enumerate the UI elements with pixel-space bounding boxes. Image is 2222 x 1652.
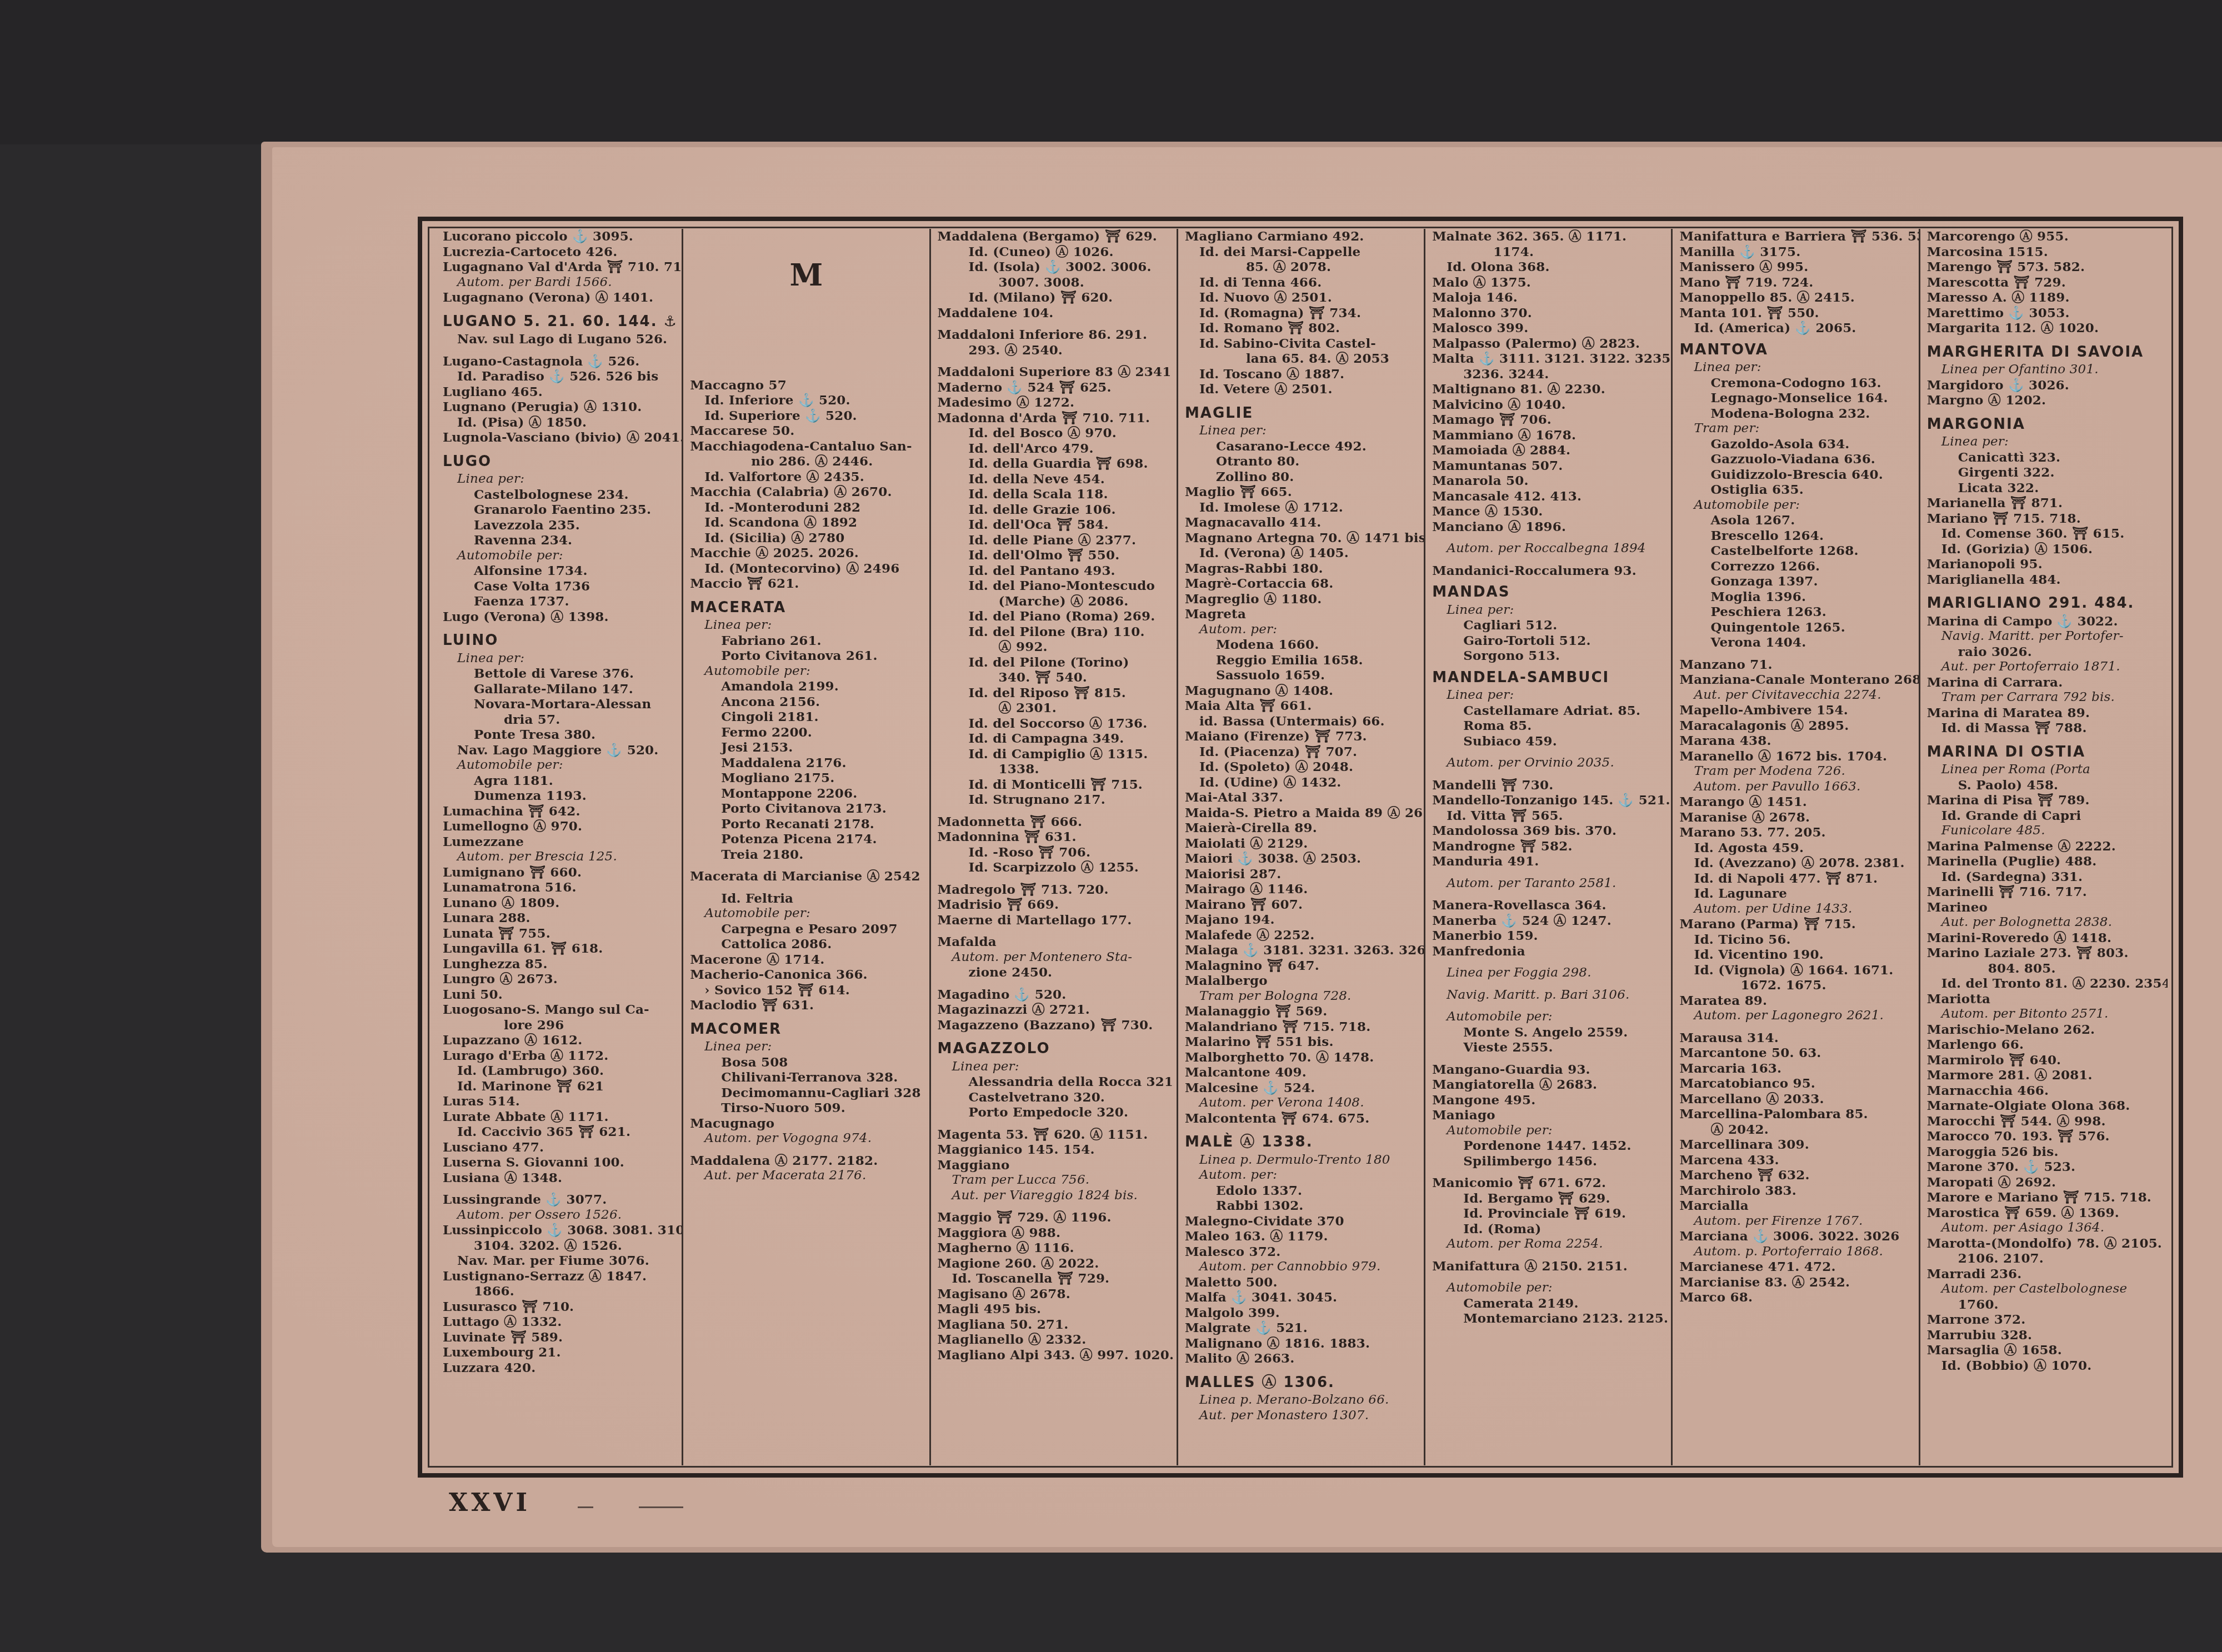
index-entry: Magliana 50. 271. (938, 1317, 1172, 1333)
index-entry: nio 286. Ⓐ 2446. (690, 454, 924, 469)
index-entry: Id. (Piacenza) ⛩ 707. (1185, 744, 1419, 760)
index-entry: zione 2450. (938, 965, 1172, 980)
index-entry: Luserna S. Giovanni 100. (443, 1155, 677, 1170)
index-entry: Marischio-Melano 262. (1927, 1022, 2163, 1038)
index-entry: Lugnola-Vasciano (bivio) Ⓐ 2041. (443, 430, 677, 445)
index-entry: Macherio-Canonica 366. (690, 967, 924, 983)
index-entry: Manarola 50. (1432, 473, 1666, 489)
index-entry: Id. Toscano Ⓐ 1887. (1185, 367, 1419, 382)
index-entry: Id. Romano ⛩ 802. (1185, 321, 1419, 336)
index-entry: Canicattì 323. (1927, 450, 2163, 465)
index-entry: Id. Lagunare (1679, 886, 1914, 902)
index-entry: Id. Grande di Capri (1927, 808, 2163, 824)
index-entry: Maresso A. Ⓐ 1189. (1927, 290, 2163, 306)
index-entry: Mandolossa 369 bis. 370. (1432, 823, 1666, 839)
index-entry: Manissero Ⓐ 995. (1679, 259, 1914, 275)
index-entry: Maropati Ⓐ 2692. (1927, 1175, 2163, 1190)
index-entry: Automobile per: (690, 664, 924, 679)
index-entry: Marettimo ⚓ 3053. (1927, 306, 2163, 321)
index-entry: Mamago ⛩ 706. (1432, 412, 1666, 428)
index-entry: Madrisio ⛩ 669. (938, 897, 1172, 913)
index-entry: Mandanici-Roccalumera 93. (1432, 563, 1666, 579)
index-entry: Nav. Mar. per Fiume 3076. (443, 1253, 677, 1269)
index-entry: Vieste 2555. (1432, 1040, 1666, 1055)
index-entry: Mairago Ⓐ 1146. (1185, 882, 1419, 897)
index-entry: Malgrate ⚓ 521. (1185, 1320, 1419, 1336)
index-entry: Fermo 2200. (690, 725, 924, 740)
index-entry: Malgolo 399. (1185, 1305, 1419, 1321)
index-entry: Malnate 362. 365. Ⓐ 1171. (1432, 229, 1666, 244)
index-entry: Id. della Scala 118. (938, 487, 1172, 502)
index-entry: Lussingrande ⚓ 3077. (443, 1192, 677, 1208)
index-entry: Maccagno 57 (690, 378, 924, 393)
index-entry: Magione 260. Ⓐ 2022. (938, 1256, 1172, 1271)
index-entry: Id. del Pilone (Torino) (938, 655, 1172, 670)
index-entry: Marnacchia 466. (1927, 1083, 2163, 1099)
index-entry: Ancona 2156. (690, 694, 924, 710)
index-column-6: Manifattura e Barriera ⛩ 536. 537.Manill… (1673, 229, 1920, 1465)
index-entry: Maranise Ⓐ 2678. (1679, 810, 1914, 825)
index-entry: Marocco 70. 193. ⛩ 576. (1927, 1129, 2163, 1144)
index-entry: Id. (Udine) Ⓐ 1432. (1185, 775, 1419, 790)
index-entry: Mariotta (1927, 992, 2163, 1007)
index-entry: Id. dell'Olmo ⛩ 550. (938, 548, 1172, 563)
index-entry: Quingentole 1265. (1679, 620, 1914, 635)
index-entry: Marcosina 1515. (1927, 244, 2163, 260)
index-entry: Navig. Maritt. per Portofer- (1927, 629, 2163, 644)
index-entry: Bosa 508 (690, 1055, 924, 1070)
index-entry: Id. (Cuneo) Ⓐ 1026. (938, 244, 1172, 260)
index-entry: Linea per: (690, 1039, 924, 1055)
index-entry: Id. Sabino-Civita Castel- (1185, 336, 1419, 352)
index-entry: Lumellogno Ⓐ 970. (443, 819, 677, 834)
index-entry: Malfa ⚓ 3041. 3045. (1185, 1290, 1419, 1305)
index-entry: Id. (Isola) ⚓ 3002. 3006. (938, 259, 1172, 275)
index-entry: Lupazzano Ⓐ 1612. (443, 1033, 677, 1048)
index-entry: Id. (Milano) ⛩ 620. (938, 290, 1172, 306)
index-entry: Id. Caccivio 365 ⛩ 621. (443, 1124, 677, 1140)
index-entry: Chilivani-Terranova 328. (690, 1070, 924, 1085)
index-entry: Id. (America) ⚓ 2065. (1679, 321, 1914, 336)
index-entry: Autom. per Orvinio 2035. (1432, 755, 1666, 771)
index-entry: Maccio ⛩ 621. (690, 576, 924, 592)
index-entry: Lugliano 465. (443, 384, 677, 400)
index-entry: Maida-S. Pietro a Maida 89 Ⓐ 2677 (1185, 805, 1419, 821)
index-column-4: Magliano Carmiano 492.Id. dei Marsi-Capp… (1178, 229, 1425, 1465)
index-entry: Maggianico 145. 154. (938, 1142, 1172, 1158)
index-entry: Id. (Gorizia) Ⓐ 1506. (1927, 542, 2163, 557)
index-entry: Madesimo Ⓐ 1272. (938, 395, 1172, 411)
index-entry: Tram per: (1679, 421, 1914, 437)
index-entry: Aut. per Macerata 2176. (690, 1168, 924, 1184)
index-entry: Id. dell'Oca ⛩ 584. (938, 517, 1172, 533)
index-entry: Id. delle Piane Ⓐ 2377. (938, 533, 1172, 548)
index-entry: Autom. per Firenze 1767. (1679, 1214, 1914, 1229)
index-entry: 3007. 3008. (938, 275, 1172, 291)
index-entry: Id. Bergamo ⛩ 629. (1432, 1191, 1666, 1207)
index-entry: Id. di Campagna 349. (938, 731, 1172, 747)
index-entry: Automobile per: (1432, 1280, 1666, 1296)
index-entry: Maclodio ⛩ 631. (690, 998, 924, 1013)
index-entry: Marano (Parma) ⛩ 715. (1679, 917, 1914, 932)
index-entry: Linea per: (938, 1059, 1172, 1075)
index-entry: Autom. per Taranto 2581. (1432, 876, 1666, 892)
index-entry: Autom. per Vogogna 974. (690, 1131, 924, 1147)
index-entry: Marina di Campo ⚓ 3022. (1927, 614, 2163, 629)
index-entry: Linea per Ofantino 301. (1927, 362, 2163, 378)
index-entry: Marcheno ⛩ 632. (1679, 1168, 1914, 1183)
index-entry: Marango Ⓐ 1451. (1679, 794, 1914, 810)
index-entry: Maranello Ⓐ 1672 bis. 1704. (1679, 749, 1914, 764)
index-entry: Ravenna 234. (443, 533, 677, 548)
index-entry: Id. Superiore ⚓ 520. (690, 408, 924, 424)
index-entry: Marone 370. ⚓ 523. (1927, 1159, 2163, 1175)
index-entry: Mandelli ⛩ 730. (1432, 778, 1666, 793)
index-entry: Marrone 372. (1927, 1312, 2163, 1328)
index-entry: Id. (Pisa) Ⓐ 1850. (443, 415, 677, 430)
index-entry: Marsaglia Ⓐ 1658. (1927, 1343, 2163, 1358)
index-entry: Ostiglia 635. (1679, 482, 1914, 498)
index-entry: Malignano Ⓐ 1816. 1883. (1185, 1336, 1419, 1351)
index-entry: Reggio Emilia 1658. (1185, 653, 1419, 668)
index-entry: Autom. per Bardi 1566. (443, 275, 677, 291)
index-entry: Granarolo Faentino 235. (443, 502, 677, 518)
index-entry: Ⓐ 992. (938, 639, 1172, 655)
index-entry: Mamuntanas 507. (1432, 458, 1666, 474)
index-heading: MARGONIA (1927, 417, 2163, 433)
index-entry: Marinella (Puglie) 488. (1927, 854, 2163, 869)
index-entry: Id. del Piano-Montescudo (938, 578, 1172, 594)
index-frame: Lucorano piccolo ⚓ 3095.Lucrezia-Cartoce… (418, 217, 2183, 1478)
index-entry: Aut. per Monastero 1307. (1185, 1408, 1419, 1424)
index-entry: Marianella ⛩ 871. (1927, 495, 2163, 511)
index-entry: Id. del Soccorso Ⓐ 1736. (938, 716, 1172, 732)
index-heading: MARINA DI OSTIA (1927, 745, 2163, 760)
index-entry: Castellamare Adriat. 85. (1432, 703, 1666, 719)
index-entry: Autom. per Ossero 1526. (443, 1208, 677, 1223)
index-heading: LUGO (443, 454, 677, 470)
index-entry: Id. Inferiore ⚓ 520. (690, 393, 924, 408)
index-entry: Marini-Roveredo Ⓐ 1418. (1927, 930, 2163, 946)
index-entry: Maglianello Ⓐ 2332. (938, 1332, 1172, 1348)
index-entry: Id. (Vignola) Ⓐ 1664. 1671. (1679, 963, 1914, 978)
index-entry: Macerata di Marcianise Ⓐ 2542 (690, 869, 924, 884)
index-entry: 1866. (443, 1284, 677, 1299)
index-entry: Nav. Lago Maggiore ⚓ 520. (443, 743, 677, 758)
index-entry: Lusciano 477. (443, 1140, 677, 1155)
index-entry: Id. del Bosco Ⓐ 970. (938, 425, 1172, 441)
index-entry: Luvinate ⛩ 589. (443, 1330, 677, 1345)
index-entry: Camerata 2149. (1432, 1296, 1666, 1311)
index-entry: Marcianise 83. Ⓐ 2542. (1679, 1275, 1914, 1290)
index-entry: Maglio ⛩ 665. (1185, 484, 1419, 500)
index-entry: Malpasso (Palermo) Ⓐ 2823. (1432, 336, 1666, 352)
index-entry: Marcantone 50. 63. (1679, 1045, 1914, 1061)
index-entry: Agra 1181. (443, 773, 677, 789)
index-entry: (Marche) Ⓐ 2086. (938, 594, 1172, 609)
index-entry: Maggio ⛩ 729. Ⓐ 1196. (938, 1210, 1172, 1225)
index-entry: Id. Agosta 459. (1679, 840, 1914, 856)
index-entry: Marina di Maratea 89. (1927, 705, 2163, 721)
index-entry: Manoppello 85. Ⓐ 2415. (1679, 290, 1914, 306)
index-entry: Malegno-Cividate 370 (1185, 1214, 1419, 1229)
index-entry: Marana 438. (1679, 733, 1914, 749)
index-entry: 804. 805. (1927, 961, 2163, 977)
index-entry: Carpegna e Pesaro 2097 (690, 922, 924, 937)
index-entry: Linea per: (690, 618, 924, 633)
index-entry: Luttago Ⓐ 1332. (443, 1314, 677, 1330)
index-entry: Id. Imolese Ⓐ 1712. (1185, 500, 1419, 515)
index-entry: Magherno Ⓐ 1116. (938, 1240, 1172, 1256)
index-entry: id. Bassa (Untermais) 66. (1185, 714, 1419, 729)
index-entry: Marocchi ⛩ 544. Ⓐ 998. (1927, 1114, 2163, 1129)
index-entry: Id. del Riposo ⛩ 815. (938, 685, 1172, 701)
index-entry: Mamoiada Ⓐ 2884. (1432, 443, 1666, 458)
index-entry: Id. di Massa ⛩ 788. (1927, 720, 2163, 736)
index-entry: Malesco 372. (1185, 1244, 1419, 1260)
index-entry: Mandrogne ⛩ 582. (1432, 839, 1666, 854)
index-entry: Maddalena Ⓐ 2177. 2182. (690, 1153, 924, 1169)
index-entry: Maltignano 81. Ⓐ 2230. (1432, 382, 1666, 397)
index-entry: Autom. per: (1185, 1168, 1419, 1183)
footer-rule (639, 1506, 683, 1508)
index-entry: Autom. per Verona 1408. (1185, 1095, 1419, 1111)
index-heading: MARIGLIANO 291. 484. (1927, 596, 2163, 612)
index-entry: Margarita 112. Ⓐ 1020. (1927, 321, 2163, 336)
index-entry: Id. del Piano (Roma) 269. (938, 609, 1172, 624)
index-entry: Lugo (Verona) Ⓐ 1398. (443, 609, 677, 625)
index-entry: Mangano-Guardia 93. (1432, 1062, 1666, 1078)
index-entry: Manerba ⚓ 524 Ⓐ 1247. (1432, 913, 1666, 929)
index-entry: Linea per Foggia 298. (1432, 965, 1666, 981)
index-entry: Gairo-Tortoli 512. (1432, 633, 1666, 649)
index-entry: Gazoldo-Asola 634. (1679, 437, 1914, 452)
index-entry: Manifattura e Barriera ⛩ 536. 537. (1679, 229, 1914, 244)
index-entry: Marmore 281. Ⓐ 2081. (1927, 1068, 2163, 1083)
index-entry: Verona 1404. (1679, 635, 1914, 650)
index-entry: Zollino 80. (1185, 469, 1419, 485)
index-entry: Mariglianella 484. (1927, 572, 2163, 588)
index-entry: Id. (Sicilia) Ⓐ 2780 (690, 530, 924, 546)
index-entry: Funicolare 485. (1927, 823, 2163, 839)
index-entry: Magrè-Cortaccia 68. (1185, 576, 1419, 592)
index-entry: Mance Ⓐ 1530. (1432, 504, 1666, 519)
index-entry: Id. del Tronto 81. Ⓐ 2230. 2354 (1927, 976, 2163, 992)
index-entry: Id. dell'Arco 479. (938, 441, 1172, 457)
index-entry: Id. di Napoli 477. ⛩ 871. (1679, 871, 1914, 887)
index-entry: Autom. per Lagonegro 2621. (1679, 1008, 1914, 1024)
index-entry: Sorgono 513. (1432, 648, 1666, 664)
index-heading: MACOMER (690, 1022, 924, 1038)
index-entry: Linea per: (1432, 603, 1666, 618)
index-entry: Lucrezia-Cartoceto 426. (443, 244, 677, 260)
index-entry: 1338. (938, 762, 1172, 777)
index-entry: Majano 194. (1185, 912, 1419, 928)
index-entry: Maddalena (Bergamo) ⛩ 629. (938, 229, 1172, 244)
index-entry: Manilla ⚓ 3175. (1679, 244, 1914, 260)
index-entry: Automobile per: (443, 548, 677, 564)
index-entry: Lussinpiccolo ⚓ 3068. 3081. 3101 (443, 1223, 677, 1238)
index-entry: Linea per: (1927, 434, 2163, 450)
index-entry: Brescello 1264. (1679, 528, 1914, 544)
index-heading: MARGHERITA DI SAVOIA (1927, 345, 2163, 361)
index-entry: 3236. 3244. (1432, 367, 1666, 382)
index-entry: Castelbelforte 1268. (1679, 543, 1914, 559)
index-entry: S. Paolo) 458. (1927, 778, 2163, 793)
index-entry: Aut. per Portoferraio 1871. (1927, 659, 2163, 675)
index-entry: Tram per Carrara 792 bis. (1927, 690, 2163, 705)
index-entry: Luzzara 420. (443, 1360, 677, 1376)
index-entry: Marina Palmense Ⓐ 2222. (1927, 839, 2163, 854)
index-entry: Maia Alta ⛩ 661. (1185, 698, 1419, 714)
index-entry: Mancasale 412. 413. (1432, 489, 1666, 504)
index-entry: Spilimbergo 1456. (1432, 1154, 1666, 1169)
index-entry: Mairano ⛩ 607. (1185, 897, 1419, 913)
index-entry: Marineo (1927, 900, 2163, 915)
index-entry: Madonnina ⛩ 631. (938, 829, 1172, 845)
index-entry: Id. Provinciale ⛩ 619. (1432, 1206, 1666, 1222)
index-entry: Autom. per Udine 1433. (1679, 902, 1914, 917)
index-entry: › Sovico 152 ⛩ 614. (690, 983, 924, 998)
index-entry: Linea per: (443, 472, 677, 487)
page-number: XXVI (449, 1489, 531, 1517)
index-entry: Id. (Bobbio) Ⓐ 1070. (1927, 1358, 2163, 1374)
index-entry: Gonzaga 1397. (1679, 574, 1914, 589)
index-entry: Mangone 495. (1432, 1093, 1666, 1108)
index-entry: Linea p. Merano-Bolzano 66. (1185, 1393, 1419, 1408)
index-entry: Autom. per Brescia 125. (443, 849, 677, 865)
index-column-7: Marcorengo Ⓐ 955.Marcosina 1515.Marengo … (1920, 229, 2168, 1465)
index-entry: Id. Feltria (690, 891, 924, 907)
index-entry: Id. (Spoleto) Ⓐ 2048. (1185, 759, 1419, 775)
index-entry: Id. Valfortore Ⓐ 2435. (690, 469, 924, 485)
index-entry: Lusurasco ⛩ 710. (443, 1299, 677, 1315)
index-entry: Modena 1660. (1185, 637, 1419, 653)
index-entry: Malalbergo (1185, 973, 1419, 989)
index-heading: MAGAZZOLO (938, 1042, 1172, 1057)
index-entry: Macchiagodena-Cantaluo San- (690, 439, 924, 454)
index-entry: Marcialla (1679, 1198, 1914, 1214)
index-entry: 340. ⛩ 540. (938, 670, 1172, 685)
index-entry: Maggiora Ⓐ 988. (938, 1225, 1172, 1241)
index-entry: Guidizzolo-Brescia 640. (1679, 467, 1914, 483)
index-entry: Maleo 163. Ⓐ 1179. (1185, 1229, 1419, 1244)
index-entry: Id. (Romagna) ⛩ 734. (1185, 306, 1419, 321)
index-entry: Maerne di Martellago 177. (938, 913, 1172, 928)
index-entry: Manziana-Canale Monterano 268. (1679, 672, 1914, 688)
index-entry: Marcatobianco 95. (1679, 1076, 1914, 1092)
index-entry: Manduria 491. (1432, 854, 1666, 869)
index-entry: Malcesine ⚓ 524. (1185, 1080, 1419, 1096)
index-entry: Malvicino Ⓐ 1040. (1432, 397, 1666, 413)
index-entry: Decimomannu-Cagliari 328 (690, 1085, 924, 1101)
index-entry: Montemarciano 2123. 2125. (1432, 1311, 1666, 1326)
index-entry: Ⓐ 2301. (938, 700, 1172, 716)
index-entry: Mano ⛩ 719. 724. (1679, 275, 1914, 291)
index-entry: Linea per: (443, 651, 677, 667)
index-entry: Otranto 80. (1185, 454, 1419, 469)
index-entry: Id. Paradiso ⚓ 526. 526 bis (443, 369, 677, 384)
index-entry: Autom. per: (1185, 622, 1419, 638)
index-entry: Porto Civitanova 2173. (690, 801, 924, 817)
index-entry: Mai-Atal 337. (1185, 790, 1419, 805)
index-entry: Lumachina ⛩ 642. (443, 804, 677, 819)
index-entry: Maggiano (938, 1158, 1172, 1173)
index-entry: Magli 495 bis. (938, 1301, 1172, 1317)
index-column-1: Lucorano piccolo ⚓ 3095.Lucrezia-Cartoce… (436, 229, 683, 1465)
index-entry: Malaga ⚓ 3181. 3231. 3263. 3265. (1185, 943, 1419, 958)
index-entry: Autom. per Roma 2254. (1432, 1237, 1666, 1252)
index-entry: Tirso-Nuoro 509. (690, 1100, 924, 1116)
index-entry: Maroggia 526 bis. (1927, 1144, 2163, 1160)
index-entry: Mammiano Ⓐ 1678. (1432, 428, 1666, 443)
index-entry: Id. (Sardegna) 331. (1927, 869, 2163, 885)
index-entry: Magazinazzi Ⓐ 2721. (938, 1002, 1172, 1018)
index-entry: Maddaloni Superiore 83 Ⓐ 2341 (938, 364, 1172, 380)
index-entry: Marnate-Olgiate Olona 368. (1927, 1098, 2163, 1114)
index-entry: Magnano Artegna 70. Ⓐ 1471 bis (1185, 530, 1419, 546)
index-entry: Malagnino ⛩ 647. (1185, 958, 1419, 974)
index-entry: Marotta-(Mondolfo) 78. Ⓐ 2105. (1927, 1236, 2163, 1251)
index-entry: Manta 101. ⛩ 550. (1679, 306, 1914, 321)
index-entry: Roma 85. (1432, 718, 1666, 734)
index-entry: Autom. per Castelbolognese (1927, 1281, 2163, 1297)
index-entry: Manicomio ⛩ 671. 672. (1432, 1175, 1666, 1191)
index-entry: Autom. per Pavullo 1663. (1679, 779, 1914, 795)
index-entry: Lusiana Ⓐ 1348. (443, 1170, 677, 1186)
index-entry: Manerbio 159. (1432, 928, 1666, 944)
index-entry: Id. Strugnano 217. (938, 792, 1172, 808)
index-entry: Lavezzola 235. (443, 518, 677, 533)
index-entry: Malandriano ⛩ 715. 718. (1185, 1019, 1419, 1035)
index-entry: Id. Ticino 56. (1679, 932, 1914, 948)
index-entry: Marcellina-Palombara 85. (1679, 1107, 1914, 1122)
index-entry: Tram per Bologna 728. (1185, 989, 1419, 1004)
index-entry: Id. Marinone ⛩ 621 (443, 1079, 677, 1094)
index-entry: Modena-Bologna 232. (1679, 406, 1914, 422)
index-entry: raio 3026. (1927, 644, 2163, 660)
index-entry: Marino Laziale 273. ⛩ 803. (1927, 945, 2163, 961)
index-entry: Id. della Neve 454. (938, 472, 1172, 487)
index-entry: Luni 50. (443, 987, 677, 1003)
index-entry: Magazzeno (Bazzano) ⛩ 730. (938, 1018, 1172, 1033)
index-entry: Id. Comense 360. ⛩ 615. (1927, 526, 2163, 542)
index-entry: Marco 68. (1679, 1290, 1914, 1305)
index-entry: Tram per Modena 726. (1679, 764, 1914, 779)
index-entry: 85. Ⓐ 2078. (1185, 259, 1419, 275)
index-entry: Malta ⚓ 3111. 3121. 3122. 3235. (1432, 351, 1666, 367)
index-entry: Id. dei Marsi-Cappelle (1185, 244, 1419, 260)
index-entry: 3104. 3202. Ⓐ 1526. (443, 1238, 677, 1254)
index-entry: Macchie Ⓐ 2025. 2026. (690, 545, 924, 561)
index-entry: Subiaco 459. (1432, 734, 1666, 749)
index-entry: Automobile per: (1432, 1009, 1666, 1025)
index-entry: Lucorano piccolo ⚓ 3095. (443, 229, 677, 244)
index-entry: Manciano Ⓐ 1896. (1432, 519, 1666, 535)
index-entry: Id. Vitta ⛩ 565. (1432, 808, 1666, 824)
index-entry: Id. Nuovo Ⓐ 2501. (1185, 290, 1419, 306)
index-entry: Margno Ⓐ 1202. (1927, 393, 2163, 408)
index-entry: Cattolica 2086. (690, 937, 924, 952)
index-heading: MANDAS (1432, 585, 1666, 600)
index-entry: Id. (Roma) (1432, 1222, 1666, 1237)
index-entry: Maiolati Ⓐ 2129. (1185, 836, 1419, 852)
index-entry: Porto Civitanova 261. (690, 648, 924, 664)
index-entry: Id. del Pantano 493. (938, 563, 1172, 579)
index-entry: Linea per: (1432, 688, 1666, 703)
index-entry: Magras-Rabbi 180. (1185, 561, 1419, 577)
index-entry: Castelbolognese 234. (443, 487, 677, 503)
